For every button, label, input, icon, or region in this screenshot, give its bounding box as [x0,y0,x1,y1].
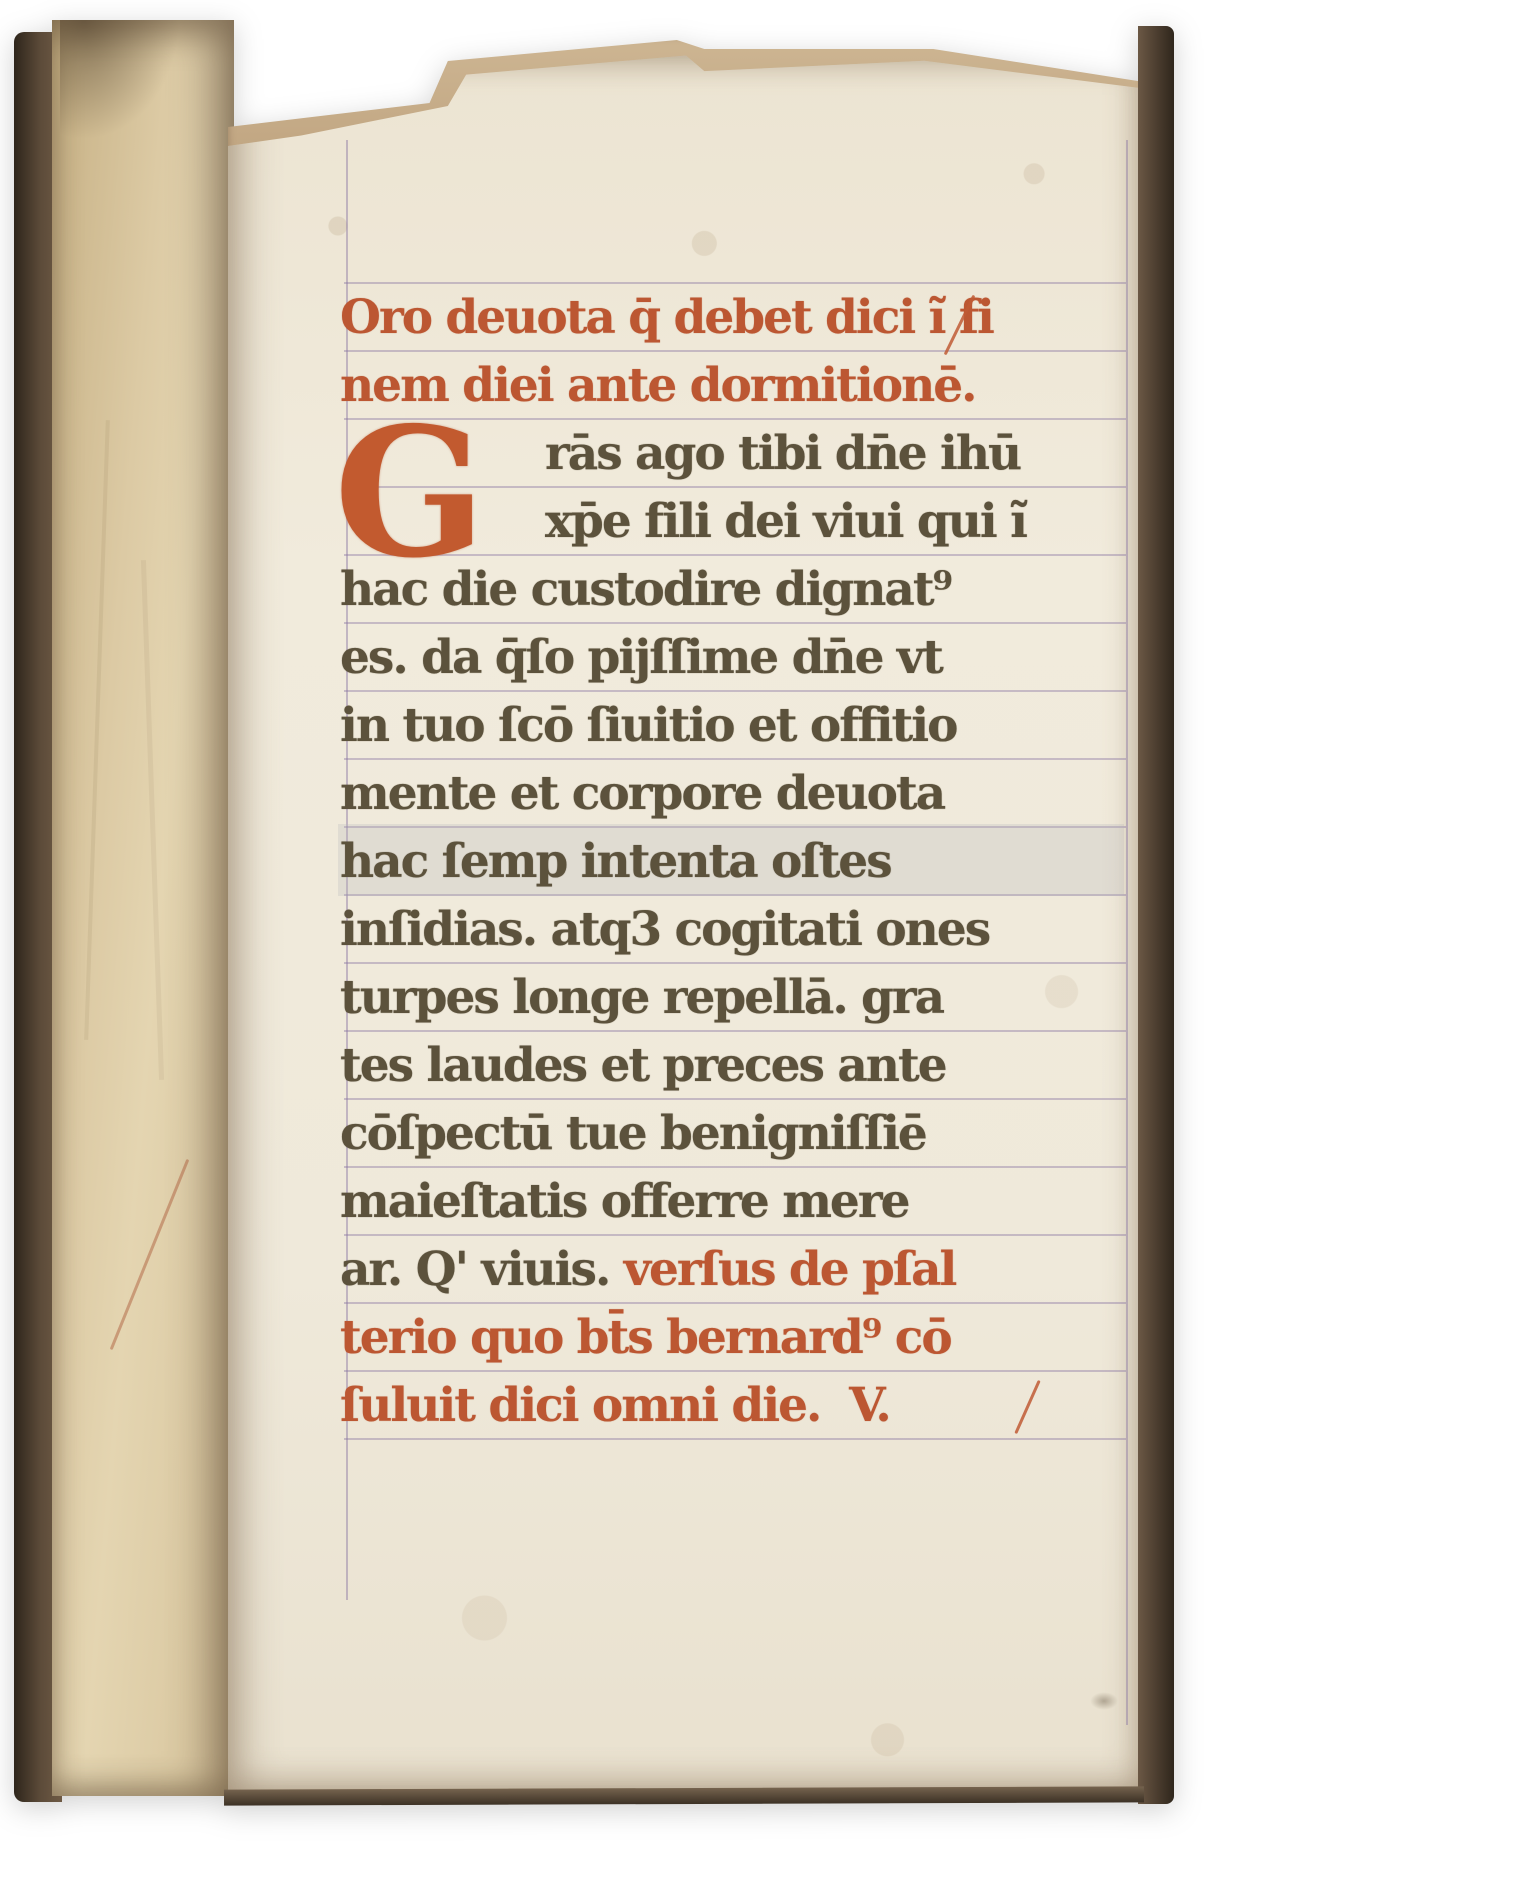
text-line: mente et corpore deuota [340,762,1040,830]
text-line: es. da q̄ſo pijſſime dn̄e vt [340,626,1040,694]
rubric-line: nem diei ante dormitionē. [340,354,1040,422]
text-line-mixed: ar. Q' viuis. verſus de pſal [340,1238,1040,1306]
text-line: hac die custodire dignat⁹ [340,558,1040,626]
corner-signature-mark [1090,1692,1118,1710]
text-line: inſidias. atq3 cogitati ones [340,898,1040,966]
text-line: rās ago tibi dn̄e ihū [340,422,1040,490]
open-book: G Oro deuota q̄ debet dici ĩ fi nem diei… [0,0,1520,1890]
text-line: hac ſemp intenta oſtes [340,830,1040,898]
text-block: G Oro deuota q̄ debet dici ĩ fi nem diei… [340,286,1040,1442]
text-line: in tuo ſcō ſiuitio et offitio [340,694,1040,762]
rubric-line: Oro deuota q̄ debet dici ĩ fi [340,286,1040,354]
text-line: turpes longe repellā. gra [340,966,1040,1034]
right-ruling-vertical [1126,140,1128,1725]
text-line: xp̄e fili dei viui qui ĩ [340,490,1040,558]
flyleaf-fold-shadow [60,20,180,140]
text-line: cōſpectū tue benigniſſiē [340,1102,1040,1170]
bottom-board-edge [224,1786,1144,1805]
old-vellum-flyleaf [52,20,234,1796]
text-line: maieſtatis offerre mere [340,1170,1040,1238]
rubric-line: terio quo bt̄s bernard⁹ cō [340,1306,1040,1374]
text-line: tes laudes et preces ante [340,1034,1040,1102]
right-binding-board [1138,26,1174,1804]
manuscript-photo: G Oro deuota q̄ debet dici ĩ fi nem diei… [0,0,1520,1890]
rubric-line: ſuluit dici omni die. V. [340,1374,1040,1442]
